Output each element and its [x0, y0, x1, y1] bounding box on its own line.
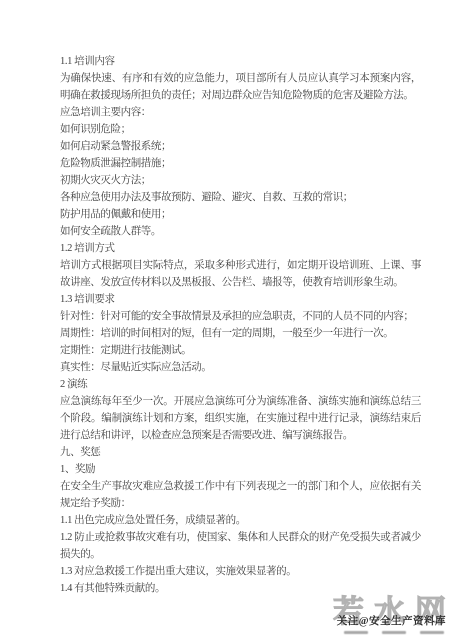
document-body: 1.1 培训内容为确保快速、有序和有效的应急能力，项目部所有人员应认真学习本预案… [60, 53, 421, 597]
watermark-fineprint [333, 631, 444, 634]
paragraph: 1.1 出色完成应急处置任务，成绩显著的。 [60, 512, 421, 529]
paragraph: 在安全生产事故灾难应急救援工作中有下列表现之一的部门和个人，应依据有关规定给予奖… [60, 478, 421, 512]
paragraph: 1.3 对应急救援工作提出重大建议，实施效果显著的。 [60, 563, 421, 580]
paragraph: 各种应急使用办法及事故预防、避险、避灾、自救、互救的常识； [60, 189, 421, 206]
paragraph: 应急演练每年至少一次。开展应急演练可分为演练准备、演练实施和演练总结三个阶段。编… [60, 393, 421, 444]
watermark-fineprint-mark [420, 631, 444, 634]
paragraph: 九、奖惩 [60, 444, 421, 461]
paragraph: 危险物质泄漏控制措施； [60, 155, 421, 172]
document-page: 1.1 培训内容为确保快速、有序和有效的应急能力，项目部所有人员应认真学习本预案… [0, 0, 450, 636]
paragraph: 应急培训主要内容： [60, 104, 421, 121]
paragraph: 如何安全疏散人群等。 [60, 223, 421, 240]
paragraph: 初期火灾灭火方法； [60, 172, 421, 189]
paragraph: 为确保快速、有序和有效的应急能力，项目部所有人员应认真学习本预案内容，明确在救援… [60, 70, 421, 104]
paragraph: 如何启动紧急警报系统； [60, 138, 421, 155]
watermark-handle-text: 关注@安全生产资料库 [333, 613, 446, 628]
paragraph: 1.1 培训内容 [60, 53, 421, 70]
paragraph: 培训方式根据项目实际特点，采取多种形式进行，如定期开设培训班、上课、事故讲座、发… [60, 257, 421, 291]
paragraph: 1.2 培训方式 [60, 240, 421, 257]
paragraph: 如何识别危险； [60, 121, 421, 138]
paragraph: 1.2 防止或抢救事故灾难有功，使国家、集体和人民群众的财产免受损失或者减少损失… [60, 529, 421, 563]
watermark-fineprint-mark [344, 631, 368, 634]
paragraph: 真实性：尽量贴近实际应急活动。 [60, 359, 421, 376]
paragraph: 2 演练 [60, 376, 421, 393]
paragraph: 针对性：针对可能的安全事故情景及承担的应急职责，不同的人员不同的内容； [60, 308, 421, 325]
paragraph: 1.3 培训要求 [60, 291, 421, 308]
watermark-brand-text: 若水网 [333, 596, 450, 627]
paragraph: 1.4 有其他特殊贡献的。 [60, 580, 421, 597]
watermark: 若水网 关注@安全生产资料库 [333, 596, 446, 634]
paragraph: 防护用品的佩戴和使用； [60, 206, 421, 223]
paragraph: 周期性：培训的时间相对的短，但有一定的周期，一般至少一年进行一次。 [60, 325, 421, 342]
paragraph: 1、奖励 [60, 461, 421, 478]
paragraph: 定期性：定期进行技能测试。 [60, 342, 421, 359]
watermark-fineprint-mark [382, 631, 406, 634]
